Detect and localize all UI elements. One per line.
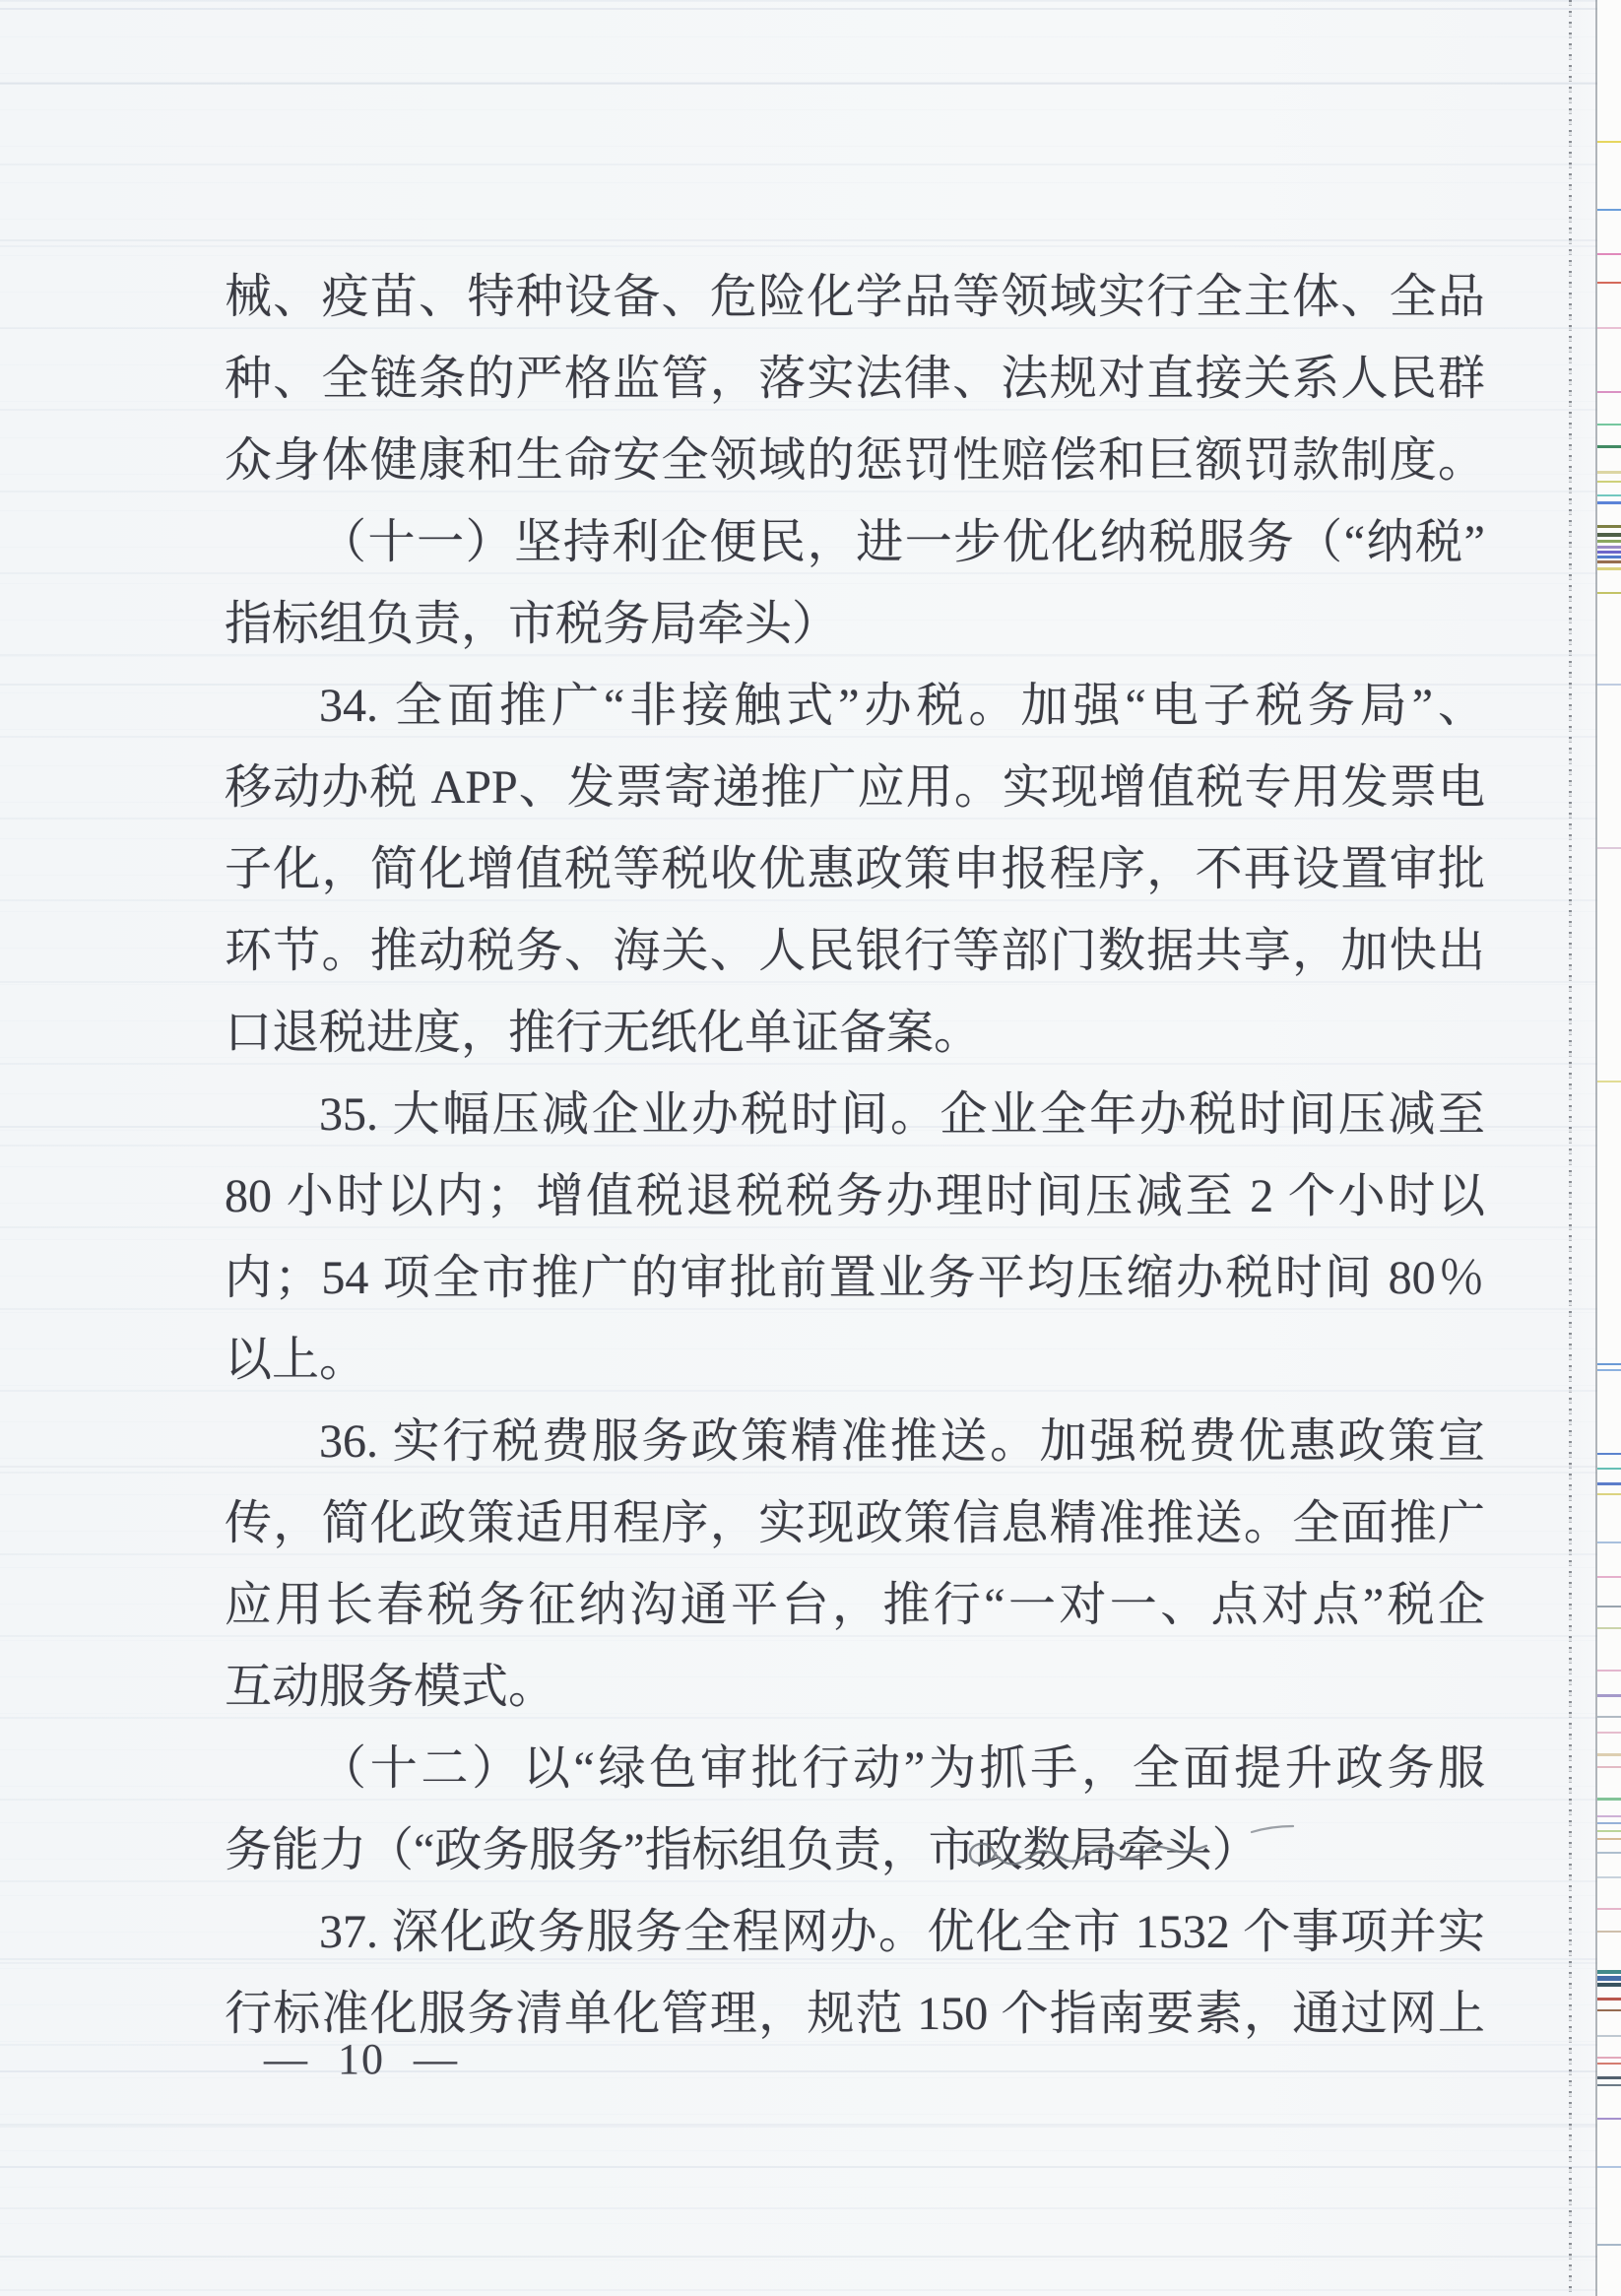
color-tick-artifact [1597, 1838, 1621, 1840]
color-tick-artifact [1597, 525, 1621, 528]
color-tick-artifact [1597, 560, 1621, 563]
text-line: 环节。推动税务、海关、人民银行等部门数据共享，加快出 [225, 910, 1485, 992]
color-tick-artifact [1597, 1081, 1621, 1082]
text-line: 械、疫苗、特种设备、危险化学品等领域实行全主体、全品 [225, 256, 1485, 338]
color-tick-artifact [1597, 592, 1621, 594]
color-tick-artifact [1597, 1852, 1621, 1854]
faint-stripe-artifact [0, 239, 1621, 241]
color-tick-artifact [1597, 1931, 1621, 1933]
color-tick-artifact [1597, 1363, 1621, 1365]
color-tick-artifact [1597, 556, 1621, 558]
color-tick-artifact [1597, 481, 1621, 483]
color-tick-artifact [1597, 551, 1621, 554]
color-tick-artifact [1597, 471, 1621, 474]
color-tick-artifact [1597, 391, 1621, 393]
faint-stripe-artifact [0, 8, 1621, 10]
faint-stripe-artifact [0, 2256, 1621, 2258]
text-line: 互动服务模式。 [225, 1646, 1485, 1728]
text-line: 80 小时以内；增值税退税税务办理时间压减至 2 个小时以 [225, 1155, 1485, 1237]
text-line: 内；54 项全市推广的审批前置业务平均压缩办税时间 80％ [225, 1237, 1485, 1319]
color-tick-artifact [1597, 1468, 1621, 1470]
color-tick-artifact [1597, 1998, 1621, 2001]
footer-page-number: — 10 — [264, 2035, 459, 2084]
color-tick-artifact [1597, 1798, 1621, 1801]
color-tick-artifact [1597, 2009, 1621, 2011]
scan-speckle-line [1569, 0, 1572, 2296]
text-line: 指标组负责，市税务局牵头） [225, 583, 1485, 665]
document-text-block: 械、疫苗、特种设备、危险化学品等领域实行全主体、全品 种、全链条的严格监管，落实… [225, 256, 1485, 2055]
color-tick-artifact [1597, 1830, 1621, 1832]
color-tick-artifact [1597, 1482, 1621, 1485]
color-tick-artifact [1597, 2084, 1621, 2086]
text-line-section-12-heading: （十二）以“绿色审批行动”为抓手，全面提升政务服 [225, 1728, 1485, 1809]
text-line-item-35: 35. 大幅压减企业办税时间。企业全年办税时间压减至 [225, 1074, 1485, 1155]
color-tick-artifact [1597, 1576, 1621, 1578]
scan-edge-divider-line [1595, 0, 1597, 2296]
color-tick-artifact [1597, 1493, 1621, 1495]
text-line: 应用长春税务征纳沟通平台，推行“一对一、点对点”税企 [225, 1564, 1485, 1646]
color-tick-artifact [1597, 2166, 1621, 2168]
faint-stripe-artifact [0, 83, 1621, 85]
color-tick-artifact [1597, 282, 1621, 284]
text-line-item-36: 36. 实行税费服务政策精准推送。加强税费优惠政策宣 [225, 1401, 1485, 1482]
color-tick-artifact [1597, 2057, 1621, 2059]
color-tick-artifact [1597, 1627, 1621, 1629]
color-tick-artifact [1597, 1766, 1621, 1768]
color-tick-artifact [1597, 1453, 1621, 1455]
color-tick-artifact [1597, 1542, 1621, 1543]
color-tick-artifact [1597, 2118, 1621, 2120]
pen-squiggle-annotation [960, 1807, 1305, 1876]
color-tick-artifact [1597, 684, 1621, 686]
text-line-section-11-heading: （十一）坚持利企便民，进一步优化纳税服务（“纳税” [225, 501, 1485, 583]
text-line: 移动办税 APP、发票寄递推广应用。实现增值税专用发票电 [225, 747, 1485, 828]
scan-edge-strip [1597, 0, 1621, 2296]
color-tick-artifact [1597, 1876, 1621, 1878]
text-line: 传，简化政策适用程序，实现政策信息精准推送。全面推广 [225, 1482, 1485, 1564]
faint-stripe-artifact [0, 2124, 1621, 2126]
color-tick-artifact [1597, 501, 1621, 504]
text-line: 子化，简化增值税等税收优惠政策申报程序，不再设置审批 [225, 828, 1485, 910]
color-tick-artifact [1597, 327, 1621, 329]
color-tick-artifact [1597, 1694, 1621, 1697]
color-tick-artifact [1597, 546, 1621, 549]
color-tick-artifact [1597, 1606, 1621, 1607]
text-line: 种、全链条的严格监管，落实法律、法规对直接关系人民群 [225, 338, 1485, 420]
color-tick-artifact [1597, 1732, 1621, 1734]
color-tick-artifact [1597, 1716, 1621, 1718]
color-tick-artifact [1597, 1983, 1621, 1987]
color-tick-artifact [1597, 494, 1621, 496]
faint-stripe-artifact [0, 2166, 1621, 2168]
text-line: 众身体健康和生命安全领域的惩罚性赔偿和巨额罚款制度。 [225, 420, 1485, 501]
text-line: 以上。 [225, 1319, 1485, 1401]
color-tick-artifact [1597, 2244, 1621, 2246]
color-tick-artifact [1597, 1753, 1621, 1756]
color-tick-artifact [1597, 533, 1621, 537]
color-tick-artifact [1597, 445, 1621, 448]
color-tick-artifact [1597, 1976, 1621, 1981]
color-tick-artifact [1597, 2076, 1621, 2079]
color-tick-artifact [1597, 1908, 1621, 1910]
color-tick-artifact [1597, 847, 1621, 849]
color-tick-artifact [1597, 1369, 1621, 1371]
color-tick-artifact [1597, 2063, 1621, 2065]
scanned-document-page: 械、疫苗、特种设备、危险化学品等领域实行全主体、全品 种、全链条的严格监管，落实… [0, 0, 1621, 2296]
color-tick-artifact [1597, 540, 1621, 543]
text-line-item-34: 34. 全面推广“非接触式”办税。加强“电子税务局”、 [225, 665, 1485, 747]
color-tick-artifact [1597, 209, 1621, 211]
color-tick-artifact [1597, 2035, 1621, 2037]
color-tick-artifact [1597, 253, 1621, 255]
color-tick-artifact [1597, 141, 1621, 143]
color-tick-artifact [1597, 424, 1621, 426]
faint-stripe-artifact [0, 2070, 1621, 2072]
text-line-item-37: 37. 深化政务服务全程网办。优化全市 1532 个事项并实 [225, 1891, 1485, 1973]
color-tick-artifact [1597, 1822, 1621, 1824]
color-tick-artifact [1597, 1670, 1621, 1672]
color-tick-artifact [1597, 1815, 1621, 1817]
text-line: 口退税进度，推行无纸化单证备案。 [225, 992, 1485, 1074]
color-tick-artifact [1597, 1970, 1621, 1974]
color-tick-artifact [1597, 567, 1621, 570]
